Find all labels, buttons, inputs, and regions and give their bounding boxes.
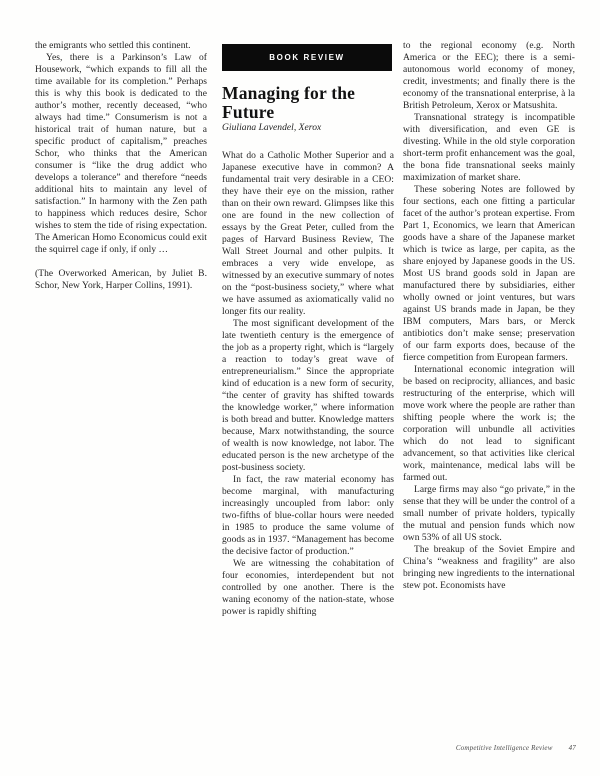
paragraph: We are witnessing the cohabitation of fo…	[222, 558, 394, 618]
paragraph: International economic integration will …	[403, 364, 575, 484]
scanned-page: the emigrants who settled this continent…	[0, 0, 600, 776]
column-left: the emigrants who settled this continent…	[35, 40, 207, 292]
paragraph: In fact, the raw material economy has be…	[222, 474, 394, 558]
paragraph: What do a Catholic Mother Superior and a…	[222, 150, 394, 318]
paragraph: to the regional economy (e.g. North Amer…	[403, 40, 575, 112]
journal-name: Competitive Intelligence Review	[456, 744, 553, 752]
article-title: Managing for the Future	[222, 84, 394, 122]
paragraph: Large firms may also “go private,” in th…	[403, 484, 575, 544]
page-footer: Competitive Intelligence Review47	[456, 744, 576, 752]
article-byline: Giuliana Lavendel, Xerox	[222, 123, 394, 134]
column-right: to the regional economy (e.g. North Amer…	[403, 40, 575, 592]
paragraph: The breakup of the Soviet Empire and Chi…	[403, 544, 575, 592]
book-review-badge: BOOK REVIEW	[222, 44, 392, 71]
paragraph: These sobering Notes are followed by fou…	[403, 184, 575, 364]
book-citation: (The Overworked American, by Juliet B. S…	[35, 268, 207, 292]
paragraph: Yes, there is a Parkinson’s Law of House…	[35, 52, 207, 256]
column-middle: BOOK REVIEW Managing for the Future Giul…	[222, 40, 394, 618]
paragraph: The most significant development of the …	[222, 318, 394, 474]
paragraph: the emigrants who settled this continent…	[35, 40, 207, 52]
paragraph: Transnational strategy is incompatible w…	[403, 112, 575, 184]
page-number: 47	[569, 744, 576, 752]
